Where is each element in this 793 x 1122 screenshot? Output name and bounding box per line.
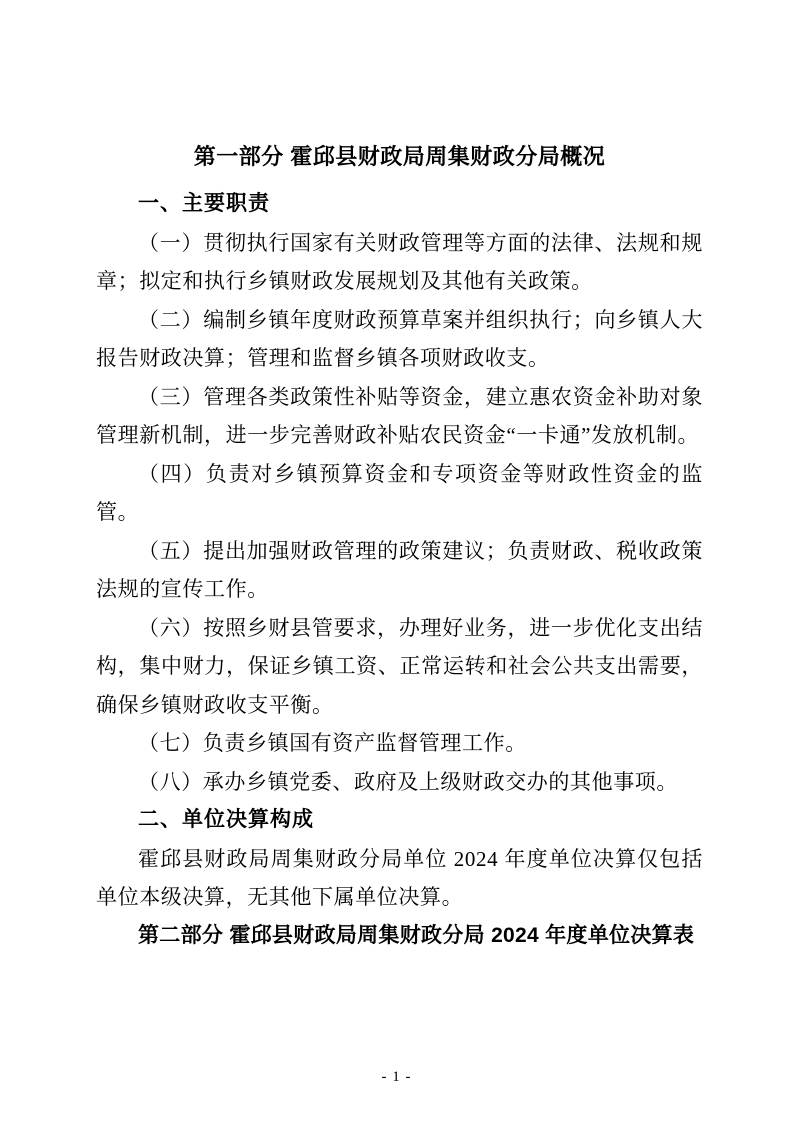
duty-paragraph-4: （四）负责对乡镇预算资金和专项资金等财政性资金的监管。 bbox=[96, 455, 703, 532]
document-page: 第一部分 霍邱县财政局周集财政分局概况 一、主要职责 （一）贯彻执行国家有关财政… bbox=[0, 0, 793, 1122]
duty-paragraph-3: （三）管理各类政策性补贴等资金，建立惠农资金补助对象管理新机制，进一步完善财政补… bbox=[96, 378, 703, 455]
budget-composition-paragraph: 霍邱县财政局周集财政分局单位 2024 年度单位决算仅包括单位本级决算，无其他下… bbox=[96, 840, 703, 917]
duty-paragraph-8: （八）承办乡镇党委、政府及上级财政交办的其他事项。 bbox=[96, 763, 703, 802]
section-heading-budget-composition: 二、单位决算构成 bbox=[96, 801, 703, 840]
section-heading-main-duties: 一、主要职责 bbox=[96, 185, 703, 224]
page-number: - 1 - bbox=[0, 1069, 793, 1086]
document-content: 第一部分 霍邱县财政局周集财政分局概况 一、主要职责 （一）贯彻执行国家有关财政… bbox=[96, 141, 703, 955]
duty-paragraph-5: （五）提出加强财政管理的政策建议；负责财政、税收政策法规的宣传工作。 bbox=[96, 532, 703, 609]
duty-paragraph-6: （六）按照乡财县管要求，办理好业务，进一步优化支出结构，集中财力，保证乡镇工资、… bbox=[96, 609, 703, 725]
duty-paragraph-2: （二）编制乡镇年度财政预算草案并组织执行；向乡镇人大报告财政决算；管理和监督乡镇… bbox=[96, 301, 703, 378]
part1-title: 第一部分 霍邱县财政局周集财政分局概况 bbox=[96, 141, 703, 172]
duty-paragraph-1: （一）贯彻执行国家有关财政管理等方面的法律、法规和规章；拟定和执行乡镇财政发展规… bbox=[96, 224, 703, 301]
part2-title: 第二部分 霍邱县财政局周集财政分局 2024 年度单位决算表 bbox=[96, 917, 703, 956]
duty-paragraph-7: （七）负责乡镇国有资产监督管理工作。 bbox=[96, 724, 703, 763]
